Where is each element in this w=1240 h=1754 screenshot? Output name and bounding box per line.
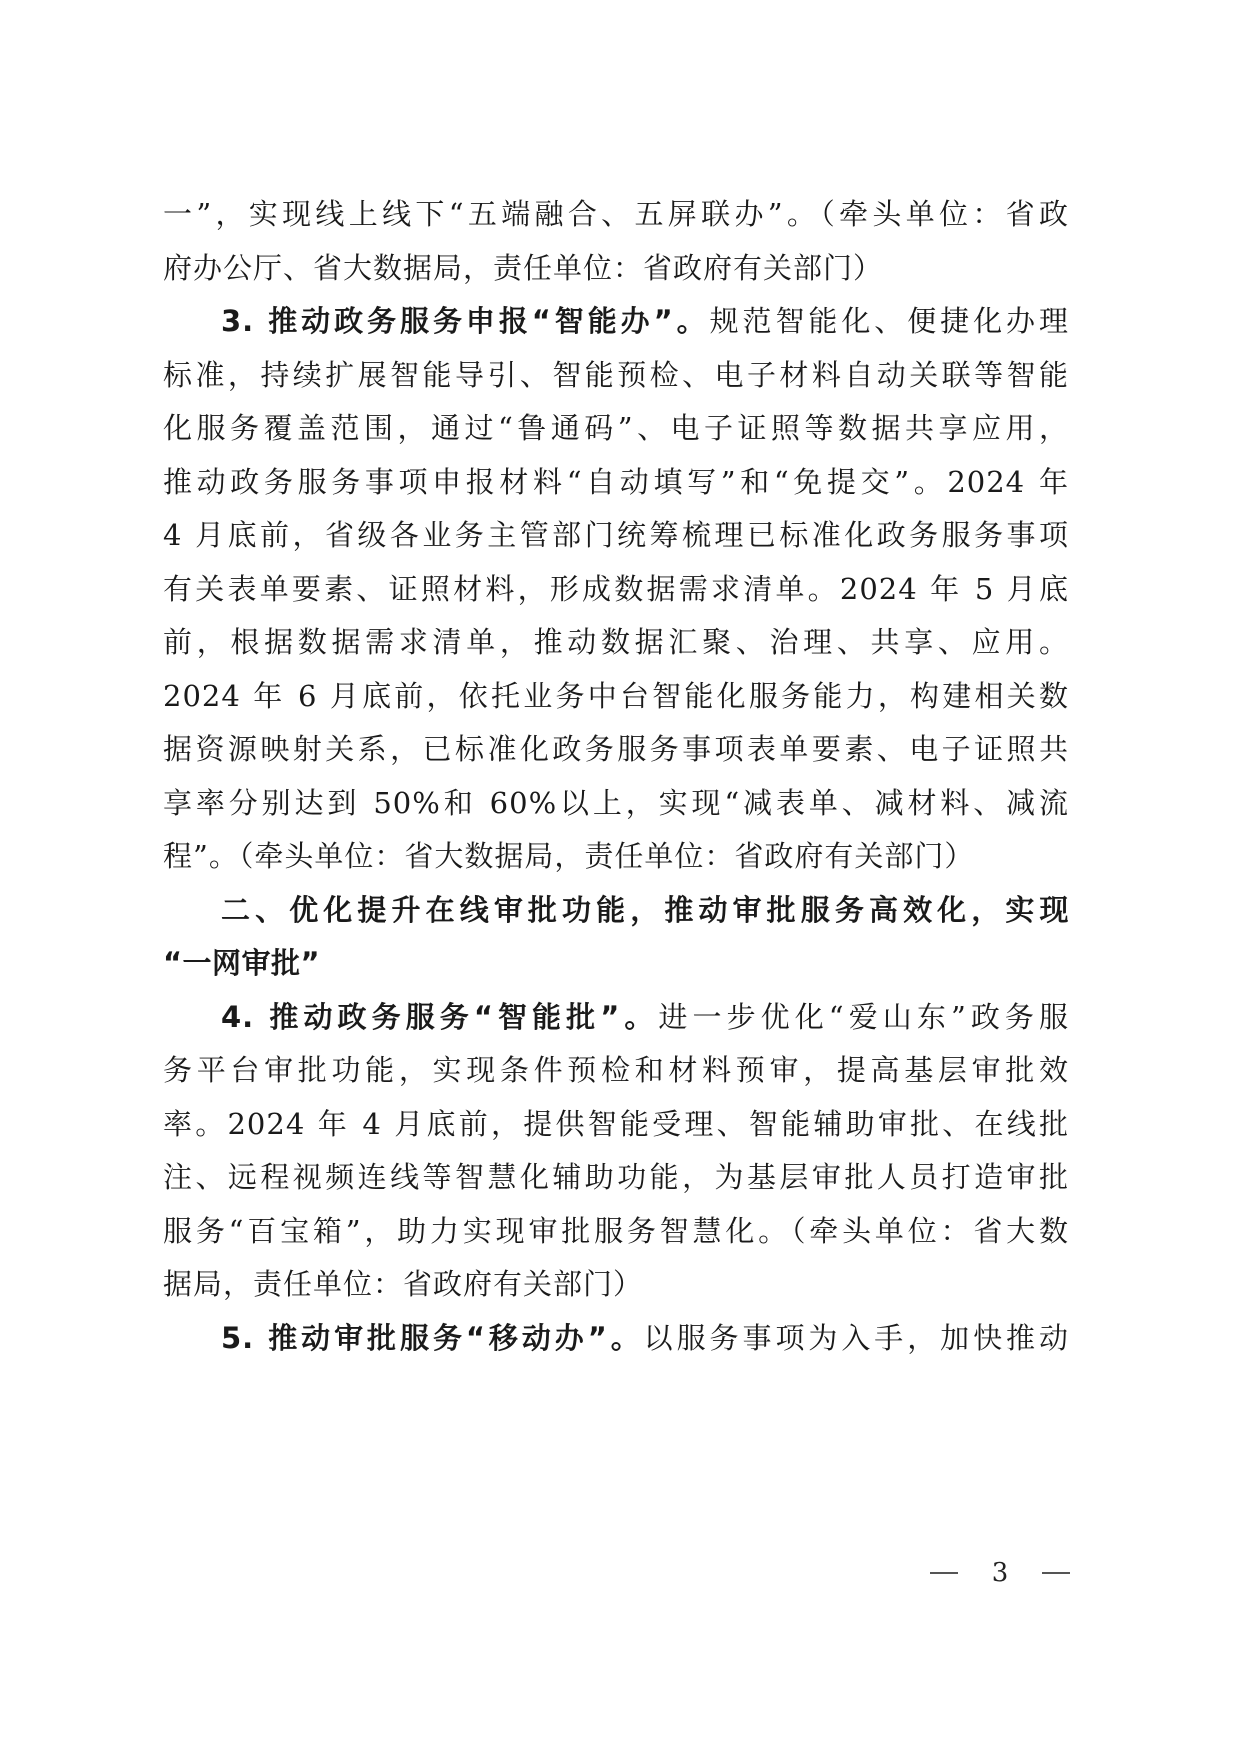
item-5-heading-line: 5. 推动审批服务“移动办”。以服务事项为入手，加快推动 [163, 1312, 1069, 1366]
line-text: 有关表单要素、证照材料，形成数据需求清单。2024 年 5 月底 [163, 572, 1069, 606]
text-line: 化服务覆盖范围，通过“鲁通码”、电子证照等数据共享应用， [163, 402, 1069, 456]
text-line: 有关表单要素、证照材料，形成数据需求清单。2024 年 5 月底 [163, 563, 1069, 617]
section-heading: 二、优化提升在线审批功能，推动审批服务高效化，实现 [163, 884, 1069, 938]
line-text: 规范智能化、便捷化办理 [710, 304, 1069, 338]
text-line: 一”，实现线上线下“五端融合、五屏联办”。（牵头单位：省政 [163, 188, 1069, 242]
page-number: 3 [992, 1558, 1009, 1588]
text-line: 务平台审批功能，实现条件预检和材料预审，提高基层审批效 [163, 1044, 1069, 1098]
line-text: 率。2024 年 4 月底前，提供智能受理、智能辅助审批、在线批 [163, 1107, 1069, 1141]
text-line: 推动政务服务事项申报材料“自动填写”和“免提交”。2024 年 [163, 456, 1069, 510]
line-text: 推动政务服务事项申报材料“自动填写”和“免提交”。2024 年 [163, 465, 1069, 499]
line-text: 标准，持续扩展智能导引、智能预检、电子材料自动关联等智能 [163, 358, 1069, 392]
text-line: 据资源映射关系，已标准化政务服务事项表单要素、电子证照共 [163, 723, 1069, 777]
line-text: 以服务事项为入手，加快推动 [644, 1321, 1069, 1355]
text-line: 率。2024 年 4 月底前，提供智能受理、智能辅助审批、在线批 [163, 1098, 1069, 1152]
dash-decoration [930, 1572, 958, 1574]
item-4-heading-line: 4. 推动政务服务“智能批”。进一步优化“爱山东”政务服 [163, 991, 1069, 1045]
document-body: 一”，实现线上线下“五端融合、五屏联办”。（牵头单位：省政 府办公厅、省大数据局… [163, 188, 1069, 1365]
line-text: 4 月底前，省级各业务主管部门统筹梳理已标准化政务服务事项 [163, 518, 1069, 552]
text-line: 服务“百宝箱”，助力实现审批服务智慧化。（牵头单位：省大数 [163, 1205, 1069, 1259]
text-line: 程”。（牵头单位：省大数据局，责任单位：省政府有关部门） [163, 830, 1069, 884]
item-lead: 3. 推动政务服务申报“智能办”。 [221, 304, 710, 338]
line-text: 据资源映射关系，已标准化政务服务事项表单要素、电子证照共 [163, 732, 1069, 766]
line-text: 化服务覆盖范围，通过“鲁通码”、电子证照等数据共享应用， [163, 411, 1069, 445]
line-text: 务平台审批功能，实现条件预检和材料预审，提高基层审批效 [163, 1053, 1069, 1087]
line-text: 府办公厅、省大数据局，责任单位：省政府有关部门） [163, 251, 883, 285]
item-3-heading-line: 3. 推动政务服务申报“智能办”。规范智能化、便捷化办理 [163, 295, 1069, 349]
text-line: 享率分别达到 50%和 60%以上，实现“减表单、减材料、减流 [163, 777, 1069, 831]
line-text: 享率分别达到 50%和 60%以上，实现“减表单、减材料、减流 [163, 786, 1069, 820]
text-line: 标准，持续扩展智能导引、智能预检、电子材料自动关联等智能 [163, 349, 1069, 403]
text-line: 4 月底前，省级各业务主管部门统筹梳理已标准化政务服务事项 [163, 509, 1069, 563]
line-text: 2024 年 6 月底前，依托业务中台智能化服务能力，构建相关数 [163, 679, 1069, 713]
line-text: 据局，责任单位：省政府有关部门） [163, 1267, 643, 1301]
line-text: 注、远程视频连线等智慧化辅助功能，为基层审批人员打造审批 [163, 1160, 1069, 1194]
dash-decoration [1042, 1572, 1070, 1574]
line-text: 服务“百宝箱”，助力实现审批服务智慧化。（牵头单位：省大数 [163, 1214, 1069, 1248]
text-line: 前，根据数据需求清单，推动数据汇聚、治理、共享、应用。 [163, 616, 1069, 670]
text-line: 府办公厅、省大数据局，责任单位：省政府有关部门） [163, 242, 1069, 296]
section-heading: “一网审批” [163, 937, 1069, 991]
text-line: 注、远程视频连线等智慧化辅助功能，为基层审批人员打造审批 [163, 1151, 1069, 1205]
item-lead: 4. 推动政务服务“智能批”。 [221, 1000, 658, 1034]
item-lead: 5. 推动审批服务“移动办”。 [221, 1321, 644, 1355]
text-line: 据局，责任单位：省政府有关部门） [163, 1258, 1069, 1312]
line-text: 一”，实现线上线下“五端融合、五屏联办”。（牵头单位：省政 [163, 197, 1069, 231]
line-text: 进一步优化“爱山东”政务服 [658, 1000, 1069, 1034]
section-heading-text: “一网审批” [163, 946, 320, 980]
line-text: 程”。（牵头单位：省大数据局，责任单位：省政府有关部门） [163, 839, 974, 873]
page-footer: 3 [930, 1558, 1070, 1588]
line-text: 前，根据数据需求清单，推动数据汇聚、治理、共享、应用。 [163, 625, 1069, 659]
section-heading-text: 二、优化提升在线审批功能，推动审批服务高效化，实现 [221, 893, 1069, 927]
text-line: 2024 年 6 月底前，依托业务中台智能化服务能力，构建相关数 [163, 670, 1069, 724]
